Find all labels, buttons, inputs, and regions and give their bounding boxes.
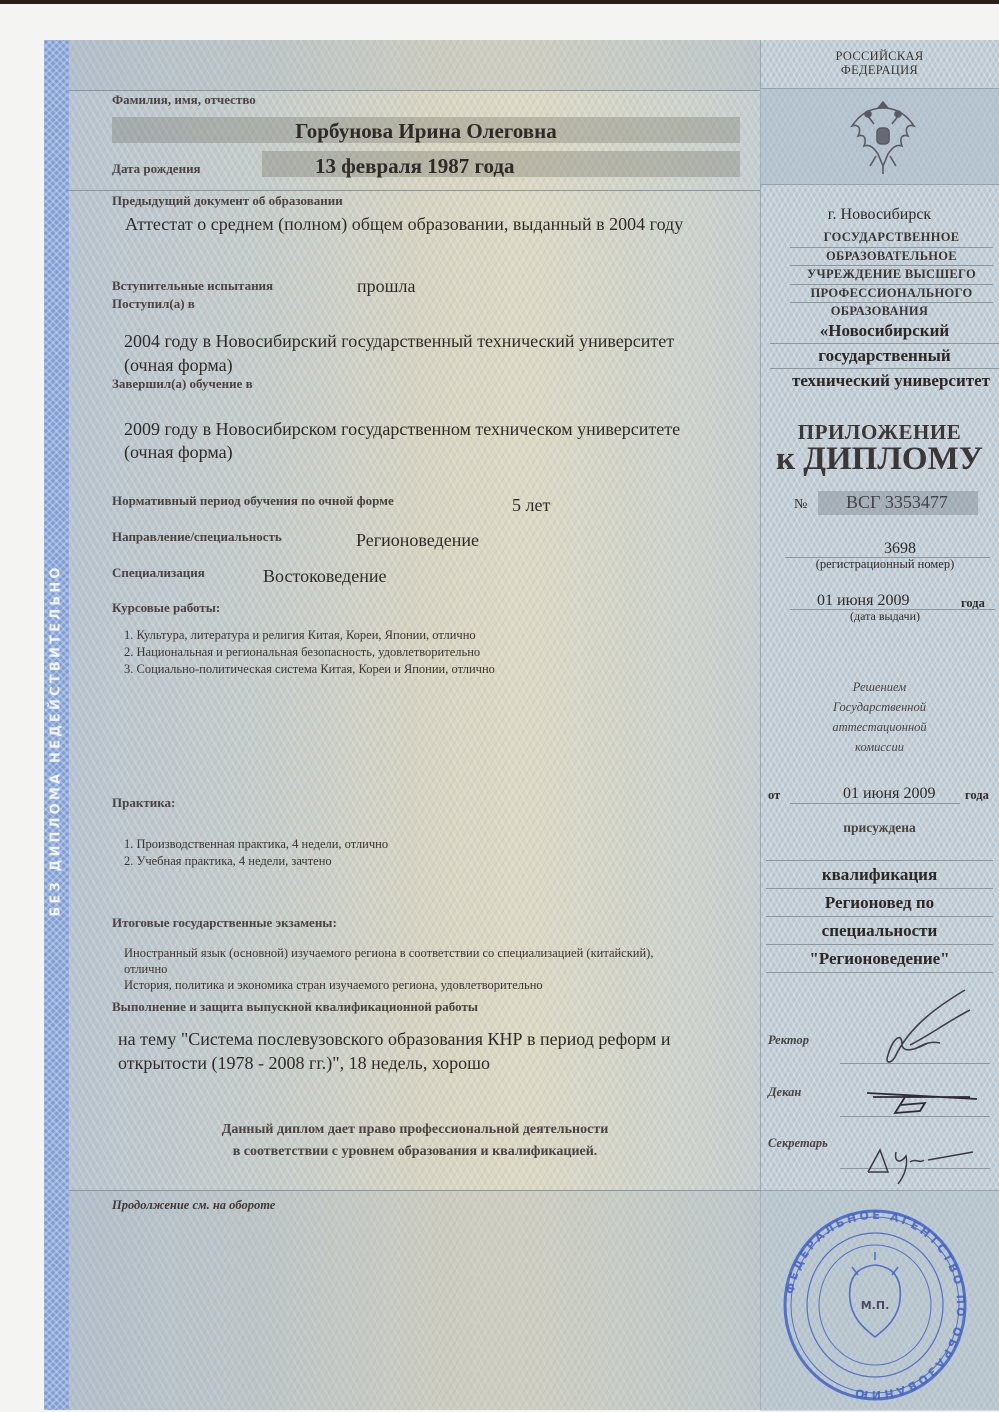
thesis-line2: открытости (1978 - 2008 гг.)", 18 недель… — [118, 1053, 490, 1074]
institution-line: ГОСУДАРСТВЕННОЕ — [790, 229, 993, 248]
enrolled-label: Поступил(а) в — [112, 296, 195, 312]
rector-signature-icon — [870, 985, 980, 1070]
rights-line2: в соответствии с уровнем образования и к… — [100, 1141, 730, 1163]
thesis-line1: на тему "Система послевузовского образов… — [118, 1029, 671, 1050]
header-band — [69, 40, 760, 90]
decision-from-label: от — [768, 788, 780, 803]
specialization-label: Специализация — [112, 565, 205, 581]
country-line1: РОССИЙСКАЯ — [760, 49, 999, 63]
list-item: 3. Социально-политическая система Китая,… — [124, 661, 495, 678]
entrance-value: прошла — [357, 276, 415, 297]
institution-name-line: «Новосибирский — [770, 319, 999, 344]
divider — [790, 803, 960, 804]
practice-label: Практика: — [112, 795, 175, 811]
thesis-label: Выполнение и защита выпускной квалификац… — [112, 999, 478, 1015]
reg-caption: (регистрационный номер) — [780, 557, 990, 572]
rights-statement: Данный диплом дает право профессионально… — [100, 1119, 730, 1163]
prev-doc-value: Аттестат о среднем (полном) общем образо… — [125, 214, 683, 235]
qualification-line: "Регионоведение" — [766, 945, 993, 973]
divider — [69, 1190, 760, 1191]
rector-label: Ректор — [768, 1033, 809, 1048]
divider — [69, 190, 760, 191]
issue-caption: (дата выдачи) — [800, 609, 970, 624]
qualification: квалификация Регионовед по специальности… — [760, 860, 999, 973]
period-label: Нормативный период обучения по очной фор… — [112, 493, 394, 509]
awarded-label: присуждена — [760, 820, 999, 836]
official-seal-icon: ФЕДЕРАЛЬНОЕ АГЕНТСТВО ПО ОБРАЗОВАНИЮ М.П… — [780, 1205, 970, 1405]
graduated-line1: 2009 году в Новосибирском государственно… — [124, 419, 680, 440]
list-item: История, политика и экономика стран изуч… — [124, 977, 653, 993]
divider — [69, 90, 760, 91]
decision-date: 01 июня 2009 — [843, 785, 935, 803]
decision-line: аттестационной — [760, 717, 999, 737]
list-item: 2. Национальная и региональная безопасно… — [124, 644, 495, 661]
dean-label: Декан — [768, 1085, 801, 1100]
stripe-warning: БЕЗ ДИПЛОМА НЕДЕЙСТВИТЕЛЬНО — [44, 500, 69, 980]
stripe-warning-text: БЕЗ ДИПЛОМА НЕДЕЙСТВИТЕЛЬНО — [49, 564, 64, 916]
exams-label: Итоговые государственные экзамены: — [112, 915, 337, 931]
birth-label: Дата рождения — [112, 161, 201, 177]
qualification-line: квалификация — [766, 860, 993, 889]
footer-band — [69, 1190, 760, 1410]
decision-text: Решением Государственной аттестационной … — [760, 677, 999, 757]
country-name: РОССИЙСКАЯ ФЕДЕРАЦИЯ — [760, 49, 999, 77]
coat-of-arms-icon — [840, 94, 926, 180]
institution-type: ГОСУДАРСТВЕННОЕ ОБРАЗОВАТЕЛЬНОЕ УЧРЕЖДЕН… — [760, 229, 999, 321]
enrolled-line1: 2004 году в Новосибирский государственны… — [124, 331, 674, 352]
city: г. Новосибирск — [760, 206, 999, 224]
institution-line: ПРОФЕССИОНАЛЬНОГО — [790, 285, 993, 304]
diploma-number: ВСГ 3353477 — [846, 492, 948, 513]
country-line2: ФЕДЕРАЦИЯ — [760, 63, 999, 77]
number-sign: № — [794, 497, 807, 513]
institution-name-line: технический университет — [770, 369, 999, 393]
graduated-label: Завершил(а) обучение в — [112, 376, 253, 392]
list-item: 2. Учебная практика, 4 недели, зачтено — [124, 853, 388, 870]
entrance-label: Вступительные испытания — [112, 278, 273, 294]
decision-line: Решением — [760, 677, 999, 697]
institution-line: ОБРАЗОВАНИЯ — [760, 303, 999, 321]
list-item: 1. Производственная практика, 4 недели, … — [124, 836, 388, 853]
list-item: отлично — [124, 961, 653, 977]
institution-line: УЧРЕЖДЕНИЕ ВЫСШЕГО — [790, 266, 993, 285]
list-item: Иностранный язык (основной) изучаемого р… — [124, 945, 653, 961]
exams-list: Иностранный язык (основной) изучаемого р… — [124, 945, 653, 993]
decision-year-suffix: года — [965, 788, 989, 803]
appendix-subtitle: к ДИПЛОМУ — [760, 441, 999, 478]
coursework-list: 1. Культура, литература и религия Китая,… — [124, 627, 495, 678]
issue-date: 01 июня 2009 — [817, 592, 909, 610]
birth-value: 13 февраля 1987 года — [315, 154, 514, 179]
list-item: 1. Культура, литература и религия Китая,… — [124, 627, 495, 644]
reg-number: 3698 — [800, 540, 999, 558]
secretary-signature-icon — [858, 1142, 978, 1187]
name-label: Фамилия, имя, отчество — [112, 92, 256, 108]
qualification-line: Регионовед по — [766, 889, 993, 917]
dean-signature-icon — [865, 1085, 980, 1120]
specialization-value: Востоковедение — [263, 566, 386, 587]
coursework-label: Курсовые работы: — [112, 600, 220, 616]
seal-center-text: М.П. — [861, 1299, 890, 1312]
scan-top-edge — [0, 0, 999, 4]
qualification-line: специальности — [766, 917, 993, 945]
continued-note: Продолжение см. на обороте — [112, 1198, 275, 1213]
rights-line1: Данный диплом дает право профессионально… — [100, 1119, 730, 1141]
specialty-label: Направление/специальность — [112, 529, 282, 545]
institution-name: «Новосибирский государственный техническ… — [770, 319, 999, 393]
practice-list: 1. Производственная практика, 4 недели, … — [124, 836, 388, 870]
period-value: 5 лет — [512, 495, 550, 516]
decision-line: комиссии — [760, 737, 999, 757]
name-value: Горбунова Ирина Олеговна — [112, 119, 740, 144]
graduated-line2: (очная форма) — [124, 442, 233, 463]
secretary-label: Секретарь — [768, 1136, 828, 1151]
institution-name-line: государственный — [770, 344, 999, 369]
institution-line: ОБРАЗОВАТЕЛЬНОЕ — [790, 248, 993, 267]
enrolled-line2: (очная форма) — [124, 355, 233, 376]
prev-doc-label: Предыдущий документ об образовании — [112, 193, 343, 209]
decision-line: Государственной — [760, 697, 999, 717]
specialty-value: Регионоведение — [356, 530, 479, 551]
